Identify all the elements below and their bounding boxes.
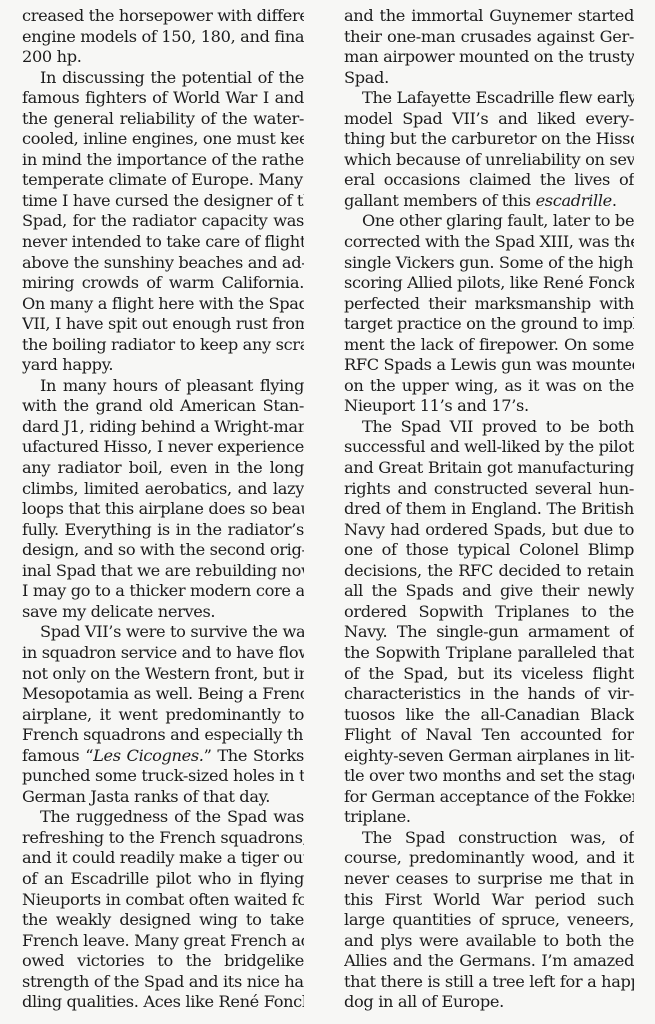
paragraph-first-line: The ruggedness of the Spad was	[22, 807, 304, 828]
text-line: the general reliability of the water-	[22, 109, 304, 130]
text-line: single Vickers gun. Some of the high-	[344, 253, 634, 274]
text-line: which because of unreliability on sev-	[344, 150, 634, 171]
text-line: French squadrons and especially the	[22, 725, 304, 746]
text-line: owed victories to the bridgelike	[22, 951, 304, 972]
text-line: dling qualities. Aces like René Fonck	[22, 992, 304, 1013]
text-line: climbs, limited aerobatics, and lazy	[22, 479, 304, 500]
document-page: creased the horsepower with differenteng…	[0, 0, 655, 1024]
text-line: airplane, it went predominantly to	[22, 705, 304, 726]
text-line: in mind the importance of the rather	[22, 150, 304, 171]
text-line: ufactured Hisso, I never experienced	[22, 437, 304, 458]
text-line: characteristics in the hands of vir-	[344, 684, 634, 705]
text-line: eighty-seven German airplanes in lit-	[344, 746, 634, 767]
text-line: this First World War period such	[344, 890, 634, 911]
text-line: and plys were available to both the	[344, 931, 634, 952]
text-line: VII, I have spit out enough rust from	[22, 314, 304, 335]
text-line: target practice on the ground to imple-	[344, 314, 634, 335]
text-line: gallant members of this escadrille.	[344, 191, 634, 212]
text-line: German Jasta ranks of that day.	[22, 787, 304, 808]
text-line: yard happy.	[22, 355, 304, 376]
text-line: Navy. The single-gun armament of	[344, 622, 634, 643]
text-line: perfected their marksmanship with	[344, 294, 634, 315]
text-line: one of those typical Colonel Blimp	[344, 540, 634, 561]
text-line: the boiling radiator to keep any scrap	[22, 335, 304, 356]
text-line: design, and so with the second orig-	[22, 540, 304, 561]
text-line: 200 hp.	[22, 47, 304, 68]
text-line: all the Spads and give their newly	[344, 581, 634, 602]
text-line: famous “Les Cicognes.” The Storks	[22, 746, 304, 767]
text-line: Spad.	[344, 68, 634, 89]
text-line: corrected with the Spad XIII, was the	[344, 232, 634, 253]
paragraph-first-line: The Spad VII proved to be both	[344, 417, 634, 438]
text-line: Nieuport 11’s and 17’s.	[344, 396, 634, 417]
text-line: with the grand old American Stan-	[22, 396, 304, 417]
text-line: successful and well-liked by the pilots,	[344, 437, 634, 458]
text-line: and the immortal Guynemer started	[344, 6, 634, 27]
text-line: in squadron service and to have flown	[22, 643, 304, 664]
text-line: strength of the Spad and its nice han-	[22, 972, 304, 993]
paragraph-first-line: In many hours of pleasant flying	[22, 376, 304, 397]
text-line: decisions, the RFC decided to retain	[344, 561, 634, 582]
text-line: Flight of Naval Ten accounted for	[344, 725, 634, 746]
text-line: inal Spad that we are rebuilding now,	[22, 561, 304, 582]
right-text-column: and the immortal Guynemer startedtheir o…	[344, 6, 634, 1013]
text-line: rights and constructed several hun-	[344, 479, 634, 500]
text-line: large quantities of spruce, veneers,	[344, 910, 634, 931]
paragraph-first-line: Spad VII’s were to survive the war	[22, 622, 304, 643]
text-line: Navy had ordered Spads, but due to	[344, 520, 634, 541]
paragraph-first-line: In discussing the potential of the	[22, 68, 304, 89]
text-line: dog in all of Europe.	[344, 992, 634, 1013]
text-line: that there is still a tree left for a ha…	[344, 972, 634, 993]
text-line: the weakly designed wing to take	[22, 910, 304, 931]
text-line: cooled, inline engines, one must keep	[22, 129, 304, 150]
text-line: and it could readily make a tiger out	[22, 848, 304, 869]
text-line: eral occasions claimed the lives of	[344, 170, 634, 191]
text-line: Allies and the Germans. I’m amazed	[344, 951, 634, 972]
text-line: for German acceptance of the Fokker	[344, 787, 634, 808]
text-line: the Sopwith Triplane paralleled that	[344, 643, 634, 664]
text-line: engine models of 150, 180, and finally	[22, 27, 304, 48]
text-line: French leave. Many great French aces	[22, 931, 304, 952]
text-line: model Spad VII’s and liked every-	[344, 109, 634, 130]
text-line: any radiator boil, even in the long	[22, 458, 304, 479]
text-line: of an Escadrille pilot who in flying	[22, 869, 304, 890]
text-line: not only on the Western front, but in	[22, 664, 304, 685]
text-line: On many a flight here with the Spad	[22, 294, 304, 315]
text-line: Spad, for the radiator capacity was	[22, 211, 304, 232]
text-line: famous fighters of World War I and	[22, 88, 304, 109]
text-line: never ceases to surprise me that in	[344, 869, 634, 890]
italic-term: escadrille	[536, 191, 612, 210]
paragraph-first-line: The Lafayette Escadrille flew early-	[344, 88, 634, 109]
text-line: scoring Allied pilots, like René Fonck,	[344, 273, 634, 294]
text-line: course, predominantly wood, and it	[344, 848, 634, 869]
text-line: punched some truck-sized holes in the	[22, 766, 304, 787]
text-line: above the sunshiny beaches and ad-	[22, 253, 304, 274]
text-line: save my delicate nerves.	[22, 602, 304, 623]
text-line: tle over two months and set the stage	[344, 766, 634, 787]
text-line: creased the horsepower with different	[22, 6, 304, 27]
text-line: and Great Britain got manufacturing	[344, 458, 634, 479]
text-line: their one-man crusades against Ger-	[344, 27, 634, 48]
text-line: of the Spad, but its viceless flight	[344, 664, 634, 685]
text-line: dred of them in England. The British	[344, 499, 634, 520]
text-line: Mesopotamia as well. Being a French	[22, 684, 304, 705]
text-line: RFC Spads a Lewis gun was mounted	[344, 355, 634, 376]
text-line: dard J1, riding behind a Wright-man-	[22, 417, 304, 438]
text-line: man airpower mounted on the trusty	[344, 47, 634, 68]
text-line: loops that this airplane does so beauti-	[22, 499, 304, 520]
text-line: refreshing to the French squadrons,	[22, 828, 304, 849]
left-text-column: creased the horsepower with differenteng…	[22, 6, 304, 1013]
text-line: Nieuports in combat often waited for	[22, 890, 304, 911]
text-line: thing but the carburetor on the Hisso,	[344, 129, 634, 150]
text-line: temperate climate of Europe. Many a	[22, 170, 304, 191]
text-line: I may go to a thicker modern core and	[22, 581, 304, 602]
text-line: ordered Sopwith Triplanes to the	[344, 602, 634, 623]
italic-term: Les Cicognes.	[93, 746, 203, 765]
text-line: ment the lack of firepower. On some	[344, 335, 634, 356]
text-line: time I have cursed the designer of the	[22, 191, 304, 212]
paragraph-first-line: One other glaring fault, later to be	[344, 211, 634, 232]
paragraph-first-line: The Spad construction was, of	[344, 828, 634, 849]
text-line: miring crowds of warm California.	[22, 273, 304, 294]
text-line: tuosos like the all-Canadian Black	[344, 705, 634, 726]
text-line: fully. Everything is in the radiator’s	[22, 520, 304, 541]
text-line: triplane.	[344, 807, 634, 828]
text-line: on the upper wing, as it was on the	[344, 376, 634, 397]
text-line: never intended to take care of flight	[22, 232, 304, 253]
